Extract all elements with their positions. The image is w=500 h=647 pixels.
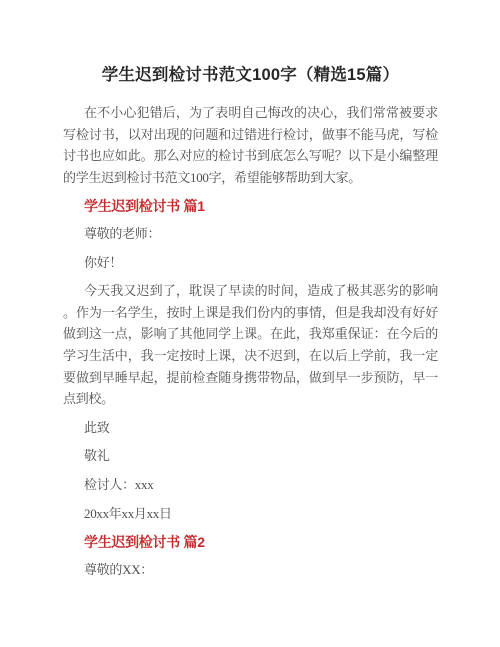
signature-line: 检讨人：xxx (63, 474, 438, 496)
section-2: 学生迟到检讨书 篇2 尊敬的XX： (63, 532, 438, 580)
intro-paragraph: 在不小心犯错后，为了表明自己悔改的决心，我们常常被要求写检讨书，以对出现的问题和… (63, 102, 438, 188)
date-line: 20xx年xx月xx日 (63, 503, 438, 525)
section-2-heading: 学生迟到检讨书 篇2 (63, 532, 438, 554)
section-1-heading: 学生迟到检讨书 篇1 (63, 196, 438, 218)
letter-body-paragraph: 今天我又迟到了，耽误了早读的时间，造成了极其恶劣的影响。作为一名学生，按时上课是… (63, 280, 438, 410)
salutation-paragraph: 尊敬的老师： (63, 223, 438, 245)
salutation-paragraph: 尊敬的XX： (63, 559, 438, 581)
salute-line: 敬礼 (63, 445, 438, 467)
section-1: 学生迟到检讨书 篇1 尊敬的老师： 你好！ 今天我又迟到了，耽误了早读的时间，造… (63, 196, 438, 524)
closing-line: 此致 (63, 417, 438, 439)
document-page-background: { "document": { "title": "学生迟到检讨书范文100字（… (0, 0, 500, 647)
document-title: 学生迟到检讨书范文100字（精选15篇） (63, 63, 438, 88)
document-page: 学生迟到检讨书范文100字（精选15篇） 在不小心犯错后，为了表明自己悔改的决心… (0, 0, 500, 647)
greeting-paragraph: 你好！ (63, 252, 438, 274)
